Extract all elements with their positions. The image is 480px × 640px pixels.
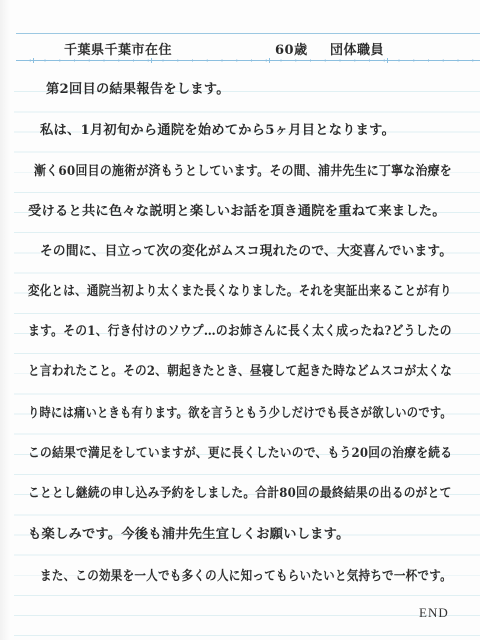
body-line: 漸く60回目の施術が済もうとしています。その間、浦井先生に丁寧な治療を — [34, 161, 452, 183]
end-mark: END — [419, 605, 449, 621]
body-line: また、この効果を一人でも多くの人に知ってもらいたいと気持ちで一杯です。 — [40, 566, 452, 588]
body-line: 変化とは、通院当初より太くまた長くなりました。それを実証出来ることが有り — [28, 281, 452, 303]
body-line: この結果で満足をしていますが、更に長くしたいので、もう20回の治療を続る — [28, 443, 452, 465]
writer-info-header: 千葉県千葉市在住 60歳 団体職員 — [0, 37, 480, 59]
body-line: も楽しみです。今後も浦井先生宜しくお願いします。 — [28, 524, 350, 546]
body-line: 受けると共に色々な説明と楽しいお話を頂き通院を重ねて来ました。 — [28, 201, 446, 223]
body-line: こととし継続の申し込み予約をしました。合計80回の最終結果の出るのがとて — [28, 483, 452, 505]
body-line: ます。その1、行き付けのソウプ…のお姉さんに長く太く成ったね?どうしたの — [28, 321, 452, 343]
header-top-rule — [16, 33, 480, 34]
letter-page: 千葉県千葉市在住 60歳 団体職員 第2回目の結果報告をします。 私は、1月初旬… — [0, 0, 480, 640]
scan-edge-shadow — [0, 0, 10, 640]
writer-location: 千葉県千葉市在住 — [64, 39, 172, 58]
body-line: 私は、1月初旬から通院を始めてから5ヶ月目となります。 — [40, 120, 395, 142]
body-line: り時には痛いときも有ります。欲を言うともう少しだけでも長さが欲しいのです。 — [28, 403, 452, 425]
writer-age: 60歳 — [275, 39, 308, 58]
body-line: 第2回目の結果報告をします。 — [46, 79, 230, 101]
body-line: その間に、目立って次の変化がムスコ現れたので、大変喜んでいます。 — [40, 241, 452, 263]
body-line: と言われたこと。その2、朝起きたとき、昼寝して起きた時などムスコが太くな — [28, 361, 452, 383]
ruled-lines — [14, 72, 480, 640]
writer-occupation: 団体職員 — [330, 39, 384, 58]
